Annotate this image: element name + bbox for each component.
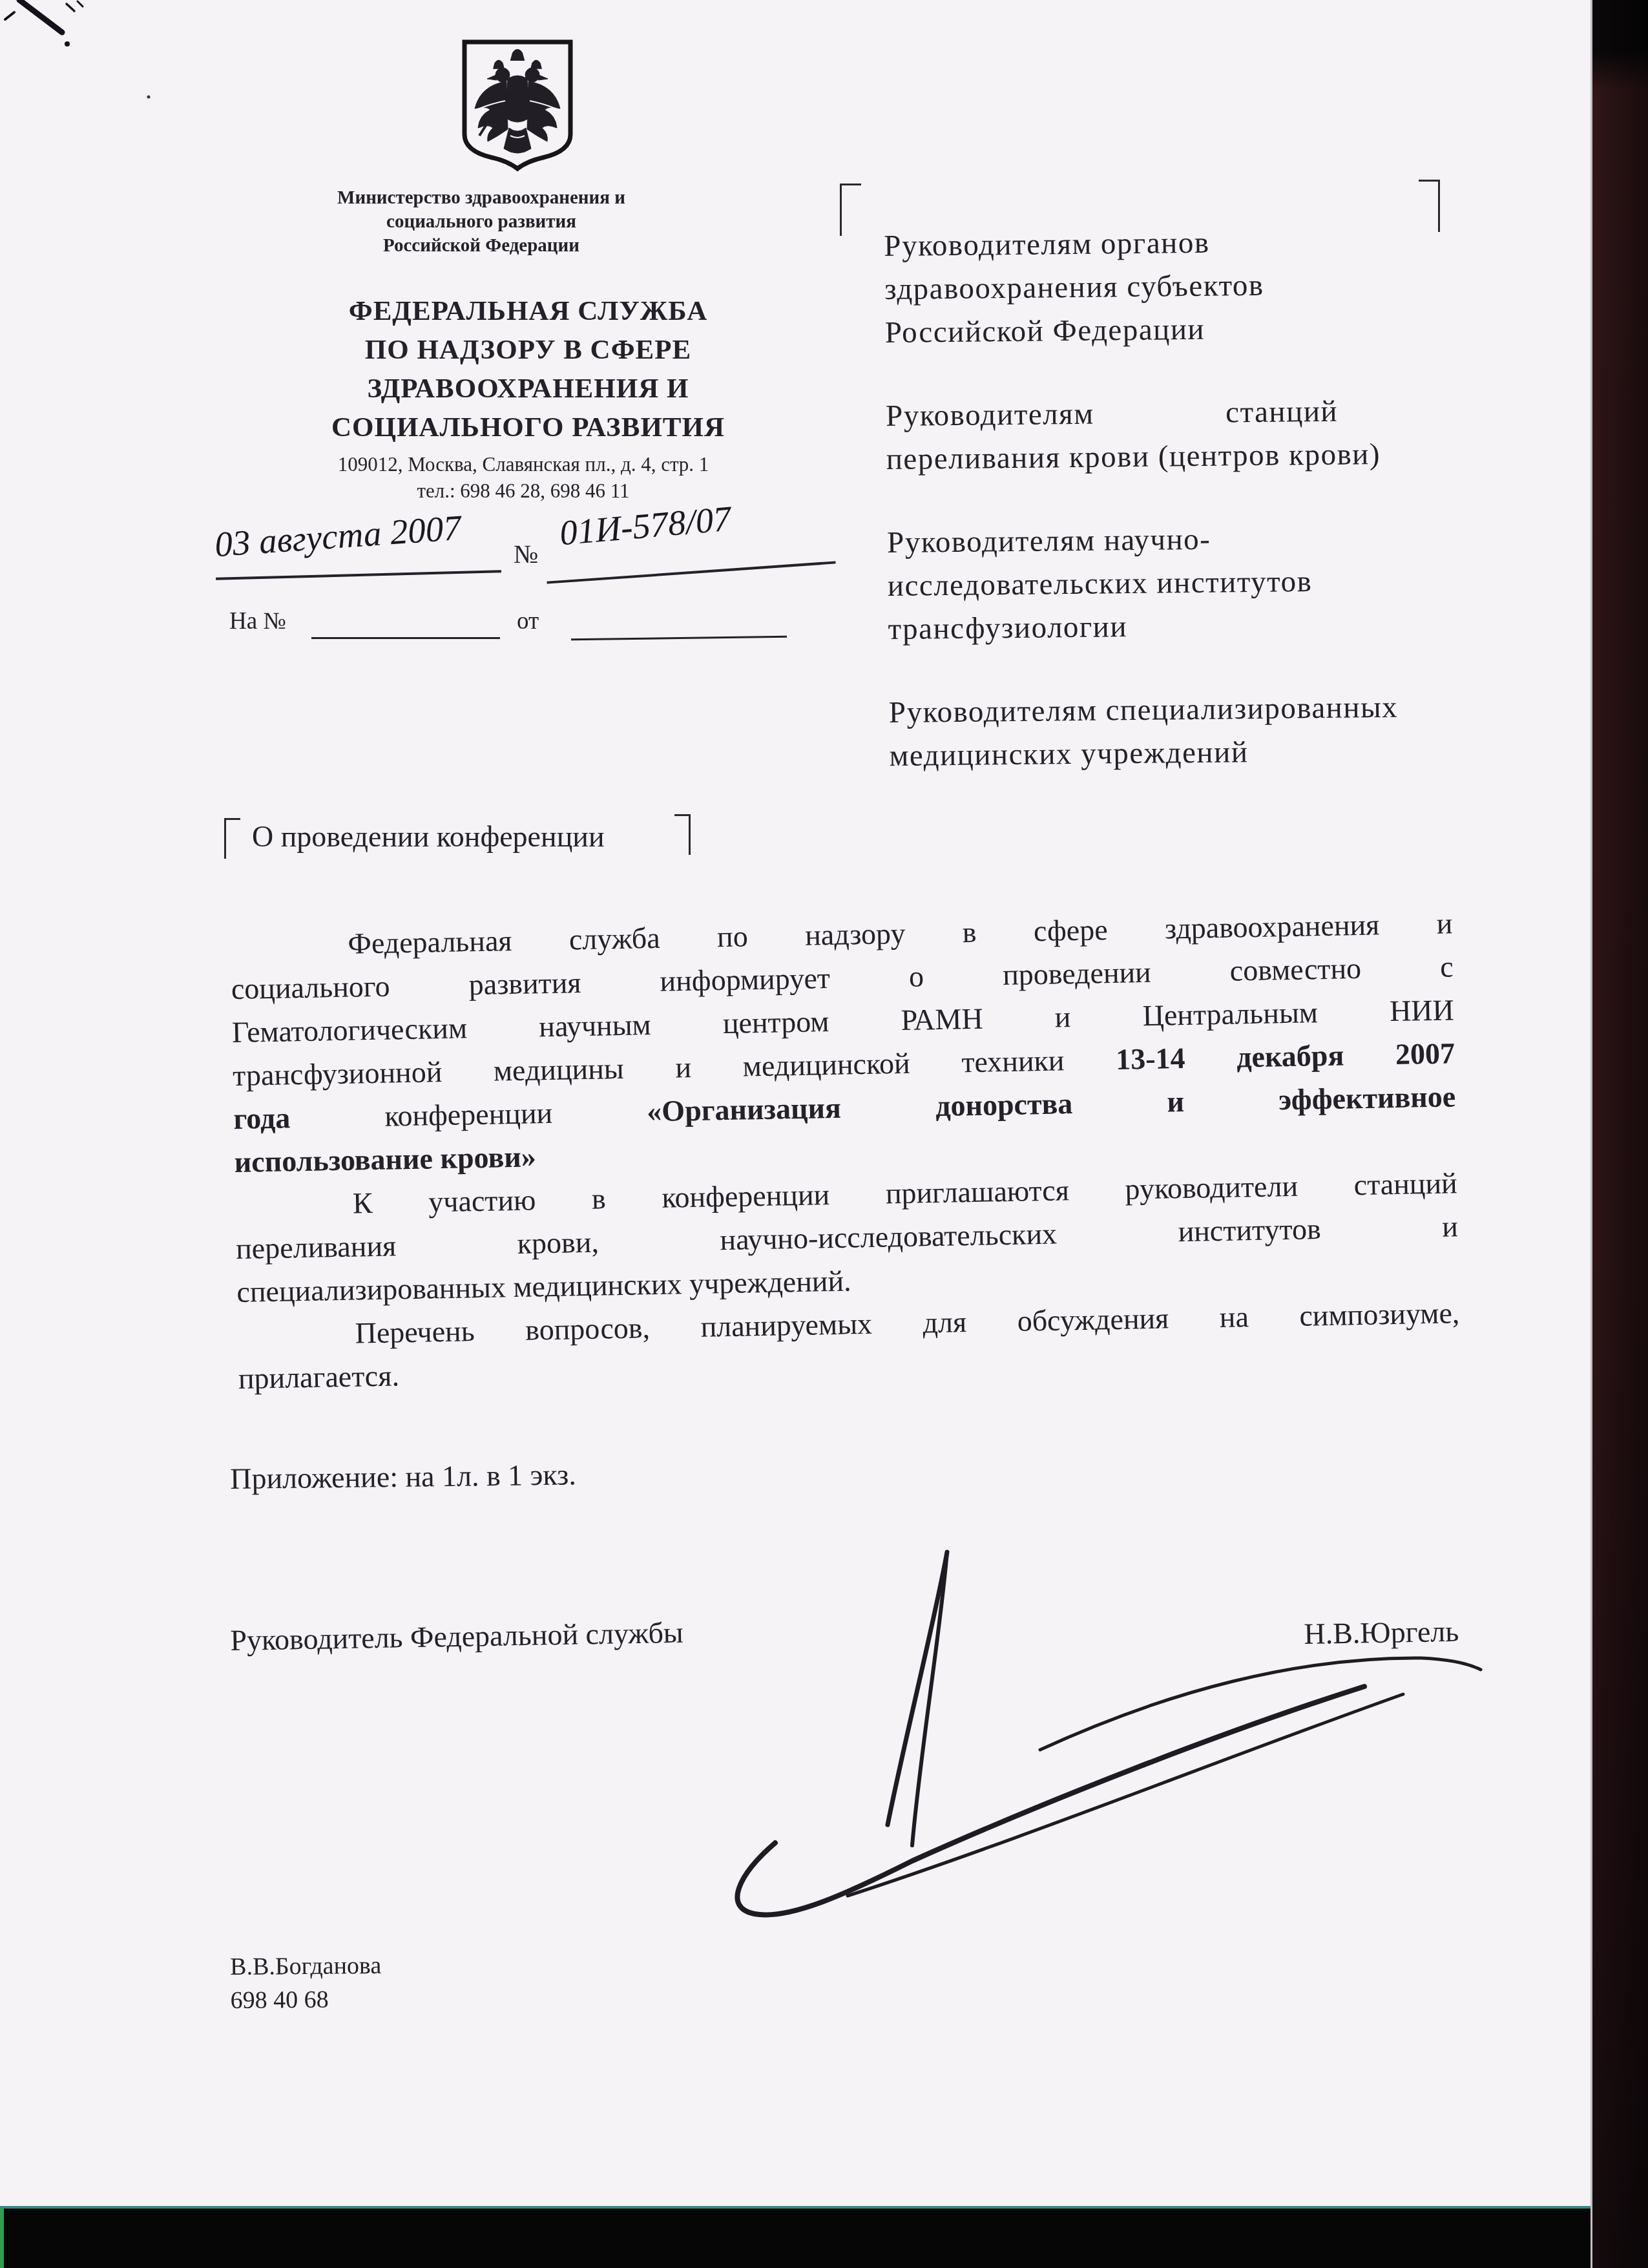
date-underline <box>216 570 501 580</box>
ministry-line: Министерство здравоохранения и <box>278 186 685 210</box>
scan-edge-green-strip <box>0 2209 4 2268</box>
reply-na-label: На № <box>229 607 286 635</box>
recipient-line: Руководителям научно- <box>887 515 1527 565</box>
recipient-line: переливания крови (центров крови) <box>886 432 1526 481</box>
recipient-line: Руководителям станций <box>886 390 1339 438</box>
service-line: ЗДРАВООХРАНЕНИЯ И <box>304 370 753 408</box>
letterhead-phone: тел.: 698 46 28, 698 46 11 <box>294 478 753 504</box>
service-line: СОЦИАЛЬНОГО РАЗВИТИЯ <box>304 408 753 447</box>
subject-corner-left-icon <box>224 818 240 859</box>
recipient-corner-left-icon <box>840 184 861 236</box>
subject-corner-right-icon <box>674 814 691 855</box>
handwritten-date: 03 августа 2007 <box>213 507 463 565</box>
coat-of-arms-icon <box>460 39 575 173</box>
executor-phone: 698 40 68 <box>230 1982 382 2017</box>
recipient-group: Руководителям научно- исследовательских … <box>887 515 1528 651</box>
number-sign: № <box>514 539 538 569</box>
recipient-line: Руководителям специализированных <box>889 685 1529 735</box>
pen-mark <box>0 0 181 129</box>
recipient-group: Руководителям специализированных медицин… <box>889 685 1529 778</box>
ministry-line: Российской Федерации <box>278 234 685 258</box>
scan-right-edge <box>1591 0 1648 2268</box>
recipient-line: здравоохранения субъектов <box>884 262 1525 311</box>
service-line: ПО НАДЗОРУ В СФЕРЕ <box>304 331 753 370</box>
executor-name: В.В.Богданова <box>230 1949 382 1984</box>
signature <box>678 1525 1492 1926</box>
handwritten-number: 01И-578/07 <box>558 498 733 554</box>
reply-number-line <box>311 637 500 639</box>
executor-block: В.В.Богданова 698 40 68 <box>230 1949 382 2017</box>
service-name: ФЕДЕРАЛЬНАЯ СЛУЖБА ПО НАДЗОРУ В СФЕРЕ ЗД… <box>304 292 753 447</box>
subject-line: О проведении конференции <box>252 819 652 854</box>
recipient-line: Руководителям органов <box>884 218 1524 268</box>
body-text: конференции <box>384 1097 553 1133</box>
scan-bottom-edge <box>0 2206 1648 2268</box>
body-text-bold: 13-14 декабря 2007 <box>1116 1036 1455 1076</box>
recipient-group: Руководителям станций переливания крови … <box>886 388 1526 481</box>
recipient-line: трансфузиологии <box>888 602 1528 651</box>
letterhead-address: 109012, Москва, Славянская пл., д. 4, ст… <box>294 451 753 478</box>
letterhead-contacts: 109012, Москва, Славянская пл., д. 4, ст… <box>294 451 753 504</box>
scanned-letter-page: Министерство здравоохранения и социально… <box>0 0 1648 2268</box>
recipient-group: Руководителям органов здравоохранения су… <box>884 218 1525 355</box>
signer-position: Руководитель Федеральной службы <box>230 1615 683 1657</box>
ministry-line: социального развития <box>278 210 685 234</box>
body-text-bold: года <box>233 1101 291 1135</box>
service-line: ФЕДЕРАЛЬНАЯ СЛУЖБА <box>304 292 753 331</box>
attachment-note: Приложение: на 1л. в 1 экз. <box>230 1457 576 1496</box>
reply-date-line <box>571 636 787 641</box>
ministry-name: Министерство здравоохранения и социально… <box>278 186 685 258</box>
reply-ot-label: от <box>517 607 539 635</box>
recipient-line: исследовательских институтов <box>888 558 1528 608</box>
recipient-line: медицинских учреждений <box>889 728 1529 778</box>
recipients-block: Руководителям органов здравоохранения су… <box>884 218 1530 818</box>
number-underline <box>547 561 835 583</box>
letter-body: Федеральная служба по надзору в сфере зд… <box>230 901 1461 1400</box>
recipient-line: Российской Федерации <box>884 305 1525 355</box>
